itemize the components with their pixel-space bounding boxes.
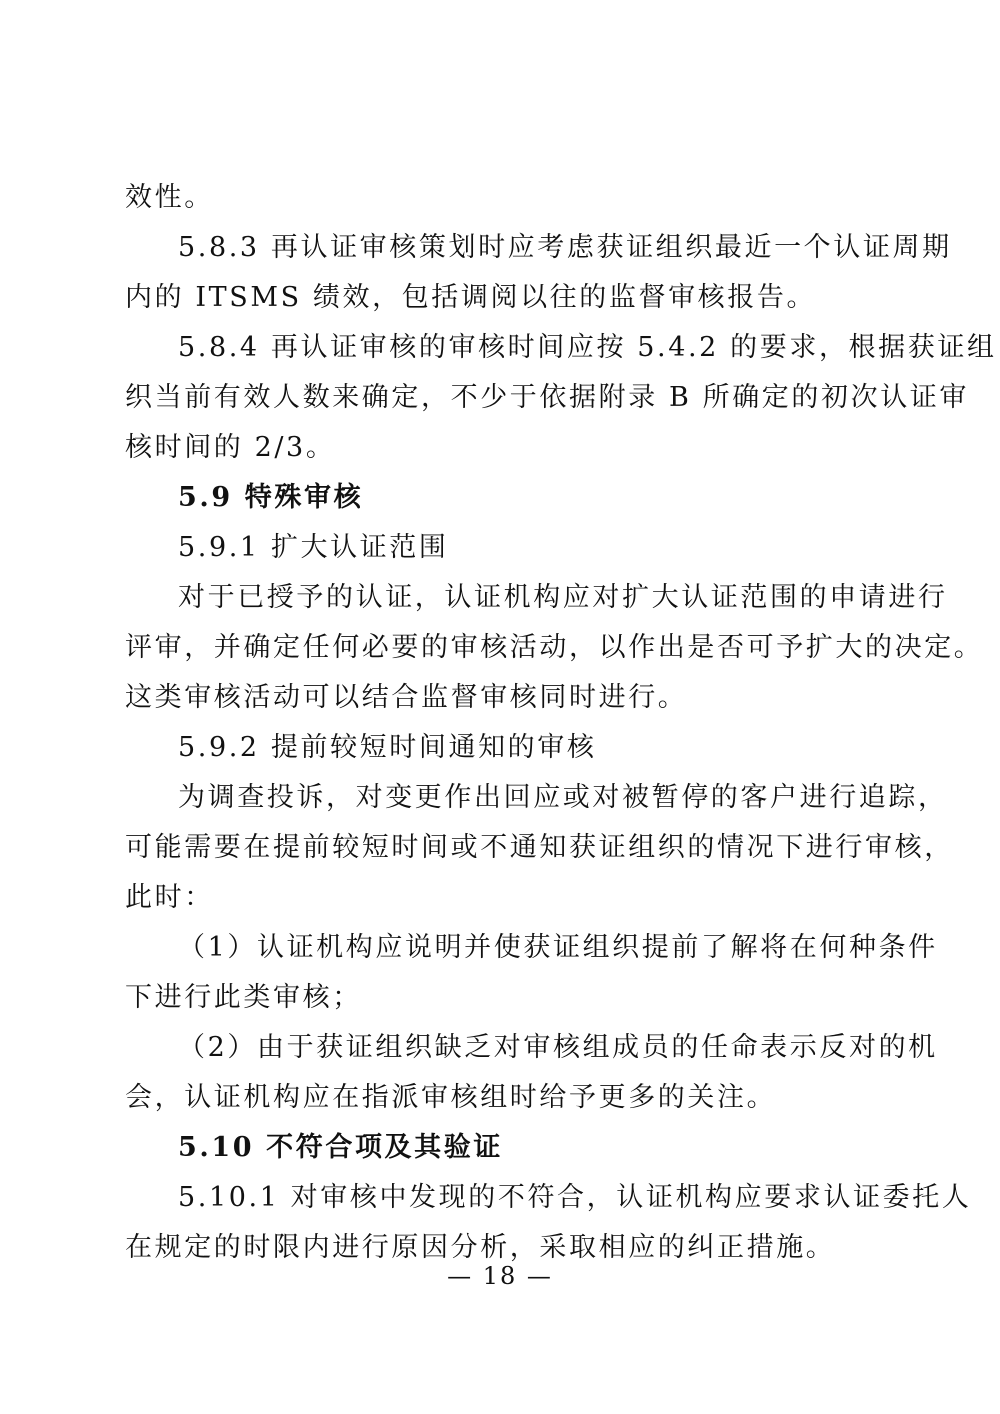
paragraph-line: 此时： [125,883,885,913]
paragraph-line: 会，认证机构应在指派审核组时给予更多的关注。 [125,1083,885,1113]
paragraph-line: 5.9.2 提前较短时间通知的审核 [178,733,885,763]
paragraph-line: 为调查投诉，对变更作出回应或对被暂停的客户进行追踪， [178,783,885,813]
paragraph-line: （2）由于获证组织缺乏对审核组成员的任命表示反对的机 [178,1033,885,1063]
paragraph-line: 5.8.3 再认证审核策划时应考虑获证组织最近一个认证周期 [178,233,885,263]
paragraph-line: 可能需要在提前较短时间或不通知获证组织的情况下进行审核， [125,833,885,863]
paragraph-line: 这类审核活动可以结合监督审核同时进行。 [125,683,885,713]
paragraph-line: 内的 ITSMS 绩效，包括调阅以往的监督审核报告。 [125,283,885,313]
paragraph-line: 5.8.4 再认证审核的审核时间应按 5.4.2 的要求，根据获证组 [178,333,885,363]
section-heading: 5.10 不符合项及其验证 [178,1133,885,1163]
page-number: — 18 — [0,1262,1000,1290]
paragraph-line: 在规定的时限内进行原因分析，采取相应的纠正措施。 [125,1233,885,1263]
paragraph-line: （1）认证机构应说明并使获证组织提前了解将在何种条件 [178,933,885,963]
paragraph-line: 效性。 [125,183,885,213]
paragraph-line: 织当前有效人数来确定，不少于依据附录 B 所确定的初次认证审 [125,383,885,413]
paragraph-line: 核时间的 2/3。 [125,433,885,463]
paragraph-line: 评审，并确定任何必要的审核活动，以作出是否可予扩大的决定。 [125,633,885,663]
paragraph-line: 对于已授予的认证，认证机构应对扩大认证范围的申请进行 [178,583,885,613]
paragraph-line: 5.10.1 对审核中发现的不符合，认证机构应要求认证委托人 [178,1183,885,1213]
paragraph-line: 下进行此类审核； [125,983,885,1013]
section-heading: 5.9 特殊审核 [178,483,885,513]
paragraph-line: 5.9.1 扩大认证范围 [178,533,885,563]
